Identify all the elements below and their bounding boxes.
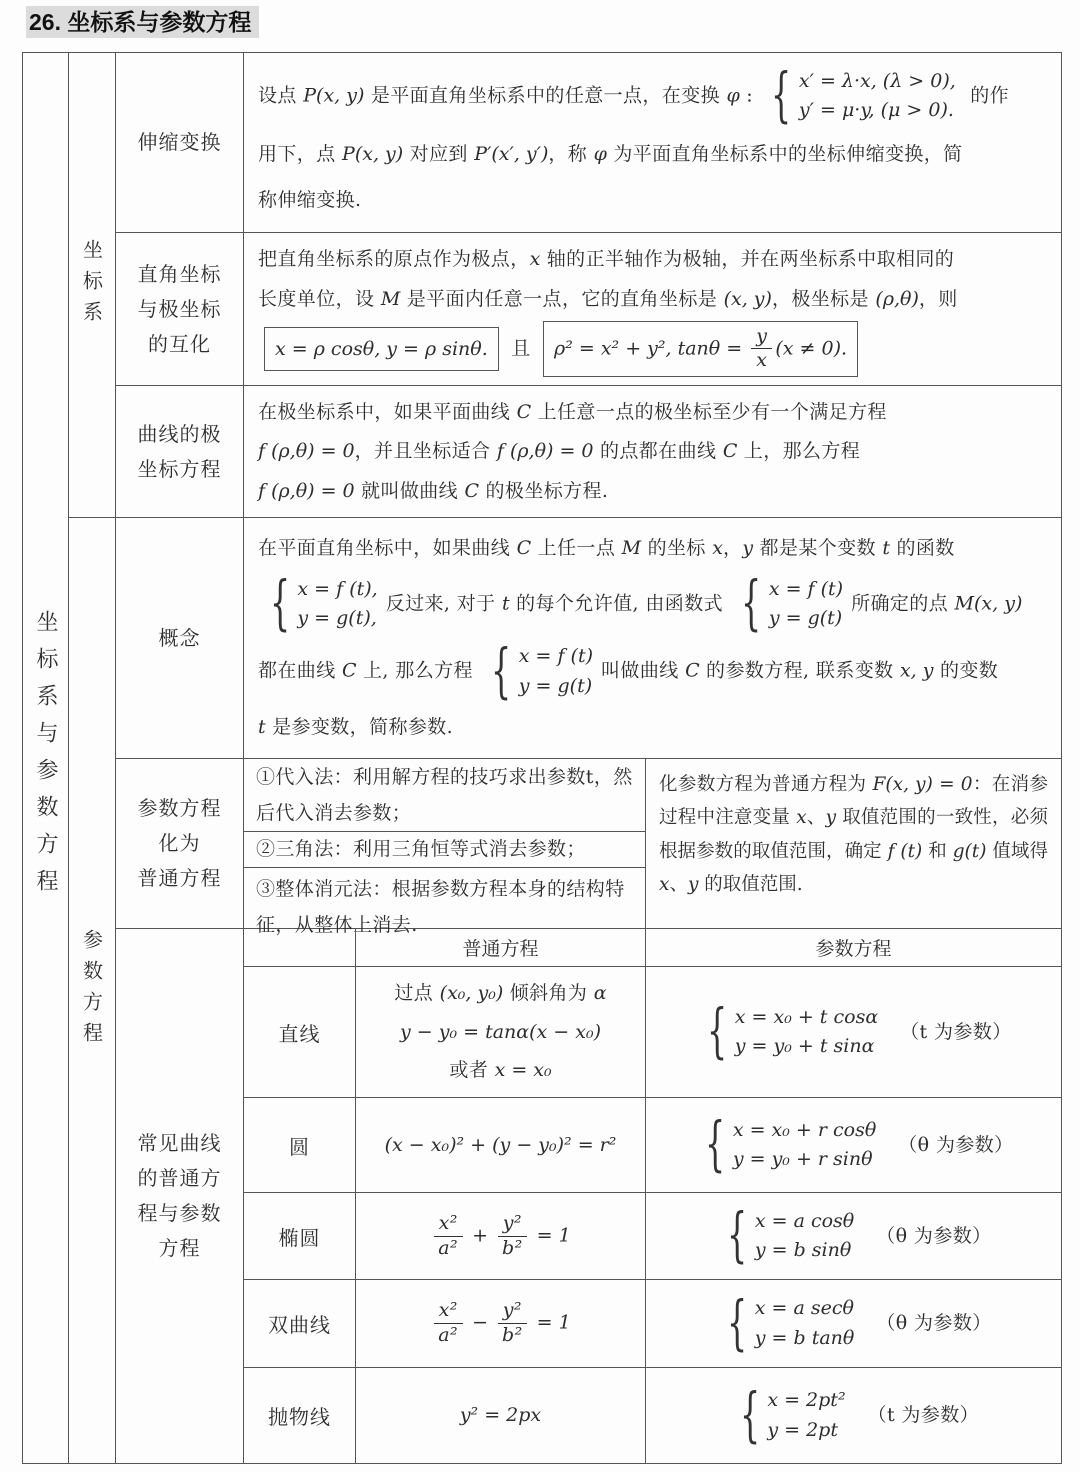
common-curves-subtable: 普通方程 参数方程 直线 过点 (x₀, y₀) 倾斜角为 α y − y₀ =… <box>244 929 1061 1463</box>
curve-row-circle: 圆 (x − x₀)² + (y − y₀)² = r² {x = x₀ + r… <box>244 1098 1061 1193</box>
ordinary-equation-cell: 过点 (x₀, y₀) 倾斜角为 α y − y₀ = tanα(x − x₀)… <box>356 967 646 1097</box>
ordinary-equation-line: 过点 (x₀, y₀) 倾斜角为 α <box>394 977 606 1009</box>
ordinary-equation-cell: x²a² − y²b² = 1 <box>356 1280 646 1367</box>
ordinary-equation-line: y − y₀ = tanα(x − x₀) <box>400 1016 601 1048</box>
content-line: f (ρ,θ) = 0，并且坐标适合 f (ρ,θ) = 0 的点都在曲线 C … <box>258 433 1047 469</box>
ordinary-equation-line: x²a² + y²b² = 1 <box>430 1212 570 1261</box>
cell-param-to-ordinary: ①代入法：利用解方程的技巧求出参数t，然后代入消去参数； ②三角法：利用三角恒等… <box>244 759 1061 928</box>
row-common-curves: 常见曲线 的普通方 程与参数 方程 普通方程 参数方程 直线 过点 (x₀, y… <box>116 929 1061 1463</box>
ordinary-equation-line: x²a² − y²b² = 1 <box>430 1299 570 1348</box>
content-line: 在极坐标系中，如果平面曲线 C 上任意一点的极坐标至少有一个满足方程 <box>258 394 1047 430</box>
curve-row-parabola: 抛物线 y² = 2px {x = 2pt²y = 2pt（t 为参数） <box>244 1368 1061 1463</box>
row-concept: 概念 在平面直角坐标中，如果曲线 C 上任一点 M 的坐标 x，y 都是某个变数… <box>116 518 1061 759</box>
row-polar-curve-equation: 曲线的极 坐标方程 在极坐标系中，如果平面曲线 C 上任意一点的极坐标至少有一个… <box>116 386 1061 517</box>
row-rect-polar-conversion: 直角坐标 与极坐标 的互化 把直角坐标系的原点作为极点，x 轴的正半轴作为极轴，… <box>116 233 1061 386</box>
row-label-scaling-transform: 伸缩变换 <box>116 53 244 232</box>
row-label-common-curves: 常见曲线 的普通方 程与参数 方程 <box>116 929 244 1463</box>
parametric-equation-cell: {x = x₀ + r cosθy = y₀ + r sinθ（θ 为参数） <box>646 1098 1061 1192</box>
curve-name: 双曲线 <box>244 1280 356 1367</box>
ordinary-equation-line: 或者 x = x₀ <box>449 1054 551 1086</box>
content-line: 在平面直角坐标中，如果曲线 C 上任一点 M 的坐标 x，y 都是某个变数 t … <box>258 530 1047 566</box>
ordinary-equation-cell: (x − x₀)² + (y − y₀)² = r² <box>356 1098 646 1192</box>
group-cell-parametric-equation: 参数方程 <box>69 518 116 1463</box>
parametric-equation-cell: {x = 2pt²y = 2pt（t 为参数） <box>646 1368 1061 1463</box>
header-parametric-equation: 参数方程 <box>646 929 1061 966</box>
cell-concept: 在平面直角坐标中，如果曲线 C 上任一点 M 的坐标 x，y 都是某个变数 t … <box>244 518 1061 758</box>
range-consistency-note: 化参数方程为普通方程为 F(x, y) = 0：在消参过程中注意变量 x、y 取… <box>646 759 1061 928</box>
header-ordinary-equation: 普通方程 <box>356 929 646 966</box>
parametric-equation-cell: {x = a cosθy = b sinθ（θ 为参数） <box>646 1193 1061 1279</box>
curve-name: 圆 <box>244 1098 356 1192</box>
section-parametric-equation: 参数方程 概念 在平面直角坐标中，如果曲线 C 上任一点 M 的坐标 x，y 都… <box>69 518 1061 1463</box>
content-line: 都在曲线 C 上, 那么方程 {x = f (t)y = g(t)叫做曲线 C … <box>258 642 1047 701</box>
methods-column: ①代入法：利用解方程的技巧求出参数t，然后代入消去参数； ②三角法：利用三角恒等… <box>244 759 646 928</box>
curve-row-line: 直线 过点 (x₀, y₀) 倾斜角为 α y − y₀ = tanα(x − … <box>244 967 1061 1098</box>
curve-row-hyperbola: 双曲线 x²a² − y²b² = 1 {x = a secθy = b tan… <box>244 1280 1061 1368</box>
outer-category-cell: 坐标系与参数方程 <box>23 53 69 1463</box>
ordinary-equation-cell: y² = 2px <box>356 1368 646 1463</box>
content-line-boxed-formulas: x = ρ cosθ, y = ρ sinθ. 且 ρ² = x² + y², … <box>258 321 1047 378</box>
method-item-substitution: ①代入法：利用解方程的技巧求出参数t，然后代入消去参数； <box>244 759 645 832</box>
content-line: 把直角坐标系的原点作为极点，x 轴的正半轴作为极轴，并在两坐标系中取相同的 <box>258 241 1047 277</box>
page-title: 26. 坐标系与参数方程 <box>26 6 259 38</box>
cell-polar-curve-equation: 在极坐标系中，如果平面曲线 C 上任意一点的极坐标至少有一个满足方程 f (ρ,… <box>244 386 1061 517</box>
cell-rect-polar-conversion: 把直角坐标系的原点作为极点，x 轴的正半轴作为极轴，并在两坐标系中取相同的 长度… <box>244 233 1061 385</box>
curve-name: 直线 <box>244 967 356 1097</box>
method-item-trigonometric: ②三角法：利用三角恒等式消去参数； <box>244 832 645 868</box>
row-label-param-to-ordinary: 参数方程 化为 普通方程 <box>116 759 244 928</box>
parametric-equation-cell: {x = a secθy = b tanθ（θ 为参数） <box>646 1280 1061 1367</box>
scanned-math-reference-page: 26. 坐标系与参数方程 坐标系与参数方程 坐标系 伸缩变换 设点 P(x, y… <box>0 0 1080 1472</box>
content-line: 称伸缩变换. <box>258 182 1047 218</box>
row-label-rect-polar-conversion: 直角坐标 与极坐标 的互化 <box>116 233 244 385</box>
content-line: t 是参变数，简称参数. <box>258 709 1047 745</box>
parametric-equation-cell: {x = x₀ + t cosαy = y₀ + t sinα（t 为参数） <box>646 967 1061 1097</box>
curve-row-ellipse: 椭圆 x²a² + y²b² = 1 {x = a cosθy = b sinθ… <box>244 1193 1061 1280</box>
subtable-header-row: 普通方程 参数方程 <box>244 929 1061 967</box>
group-label-parametric-equation: 参数方程 <box>78 929 107 1053</box>
reference-table: 坐标系与参数方程 坐标系 伸缩变换 设点 P(x, y) 是平面直角坐标系中的任… <box>22 52 1062 1464</box>
content-line: f (ρ,θ) = 0 就叫做曲线 C 的极坐标方程. <box>258 473 1047 509</box>
row-scaling-transform: 伸缩变换 设点 P(x, y) 是平面直角坐标系中的任意一点，在变换 φ : {… <box>116 53 1061 233</box>
group-cell-coordinate-system: 坐标系 <box>69 53 116 517</box>
group-label-coordinate-system: 坐标系 <box>78 239 107 332</box>
row-label-concept: 概念 <box>116 518 244 758</box>
table-main: 坐标系 伸缩变换 设点 P(x, y) 是平面直角坐标系中的任意一点，在变换 φ… <box>69 53 1061 1463</box>
ordinary-equation-line: y² = 2px <box>460 1399 541 1431</box>
content-line: 用下，点 P(x, y) 对应到 P′(x′, y′)，称 φ 为平面直角坐标系… <box>258 136 1047 172</box>
content-line: 长度单位，设 M 是平面内任意一点，它的直角坐标是 (x, y)，极坐标是 (ρ… <box>258 281 1047 317</box>
ordinary-equation-cell: x²a² + y²b² = 1 <box>356 1193 646 1279</box>
curve-name: 抛物线 <box>244 1368 356 1463</box>
content-line: 设点 P(x, y) 是平面直角坐标系中的任意一点，在变换 φ : {x′ = … <box>258 67 1047 126</box>
row-label-polar-curve-equation: 曲线的极 坐标方程 <box>116 386 244 517</box>
ordinary-equation-line: (x − x₀)² + (y − y₀)² = r² <box>385 1129 617 1161</box>
cell-scaling-transform: 设点 P(x, y) 是平面直角坐标系中的任意一点，在变换 φ : {x′ = … <box>244 53 1061 232</box>
section-coordinate-system: 坐标系 伸缩变换 设点 P(x, y) 是平面直角坐标系中的任意一点，在变换 φ… <box>69 53 1061 518</box>
row-param-to-ordinary: 参数方程 化为 普通方程 ①代入法：利用解方程的技巧求出参数t，然后代入消去参数… <box>116 759 1061 929</box>
content-line: {x = f (t),y = g(t),反过来, 对于 t 的每个允许值, 由函… <box>258 575 1047 634</box>
curve-name: 椭圆 <box>244 1193 356 1279</box>
subtable-header-empty-cell <box>244 929 356 966</box>
outer-category-label: 坐标系与参数方程 <box>30 610 61 906</box>
